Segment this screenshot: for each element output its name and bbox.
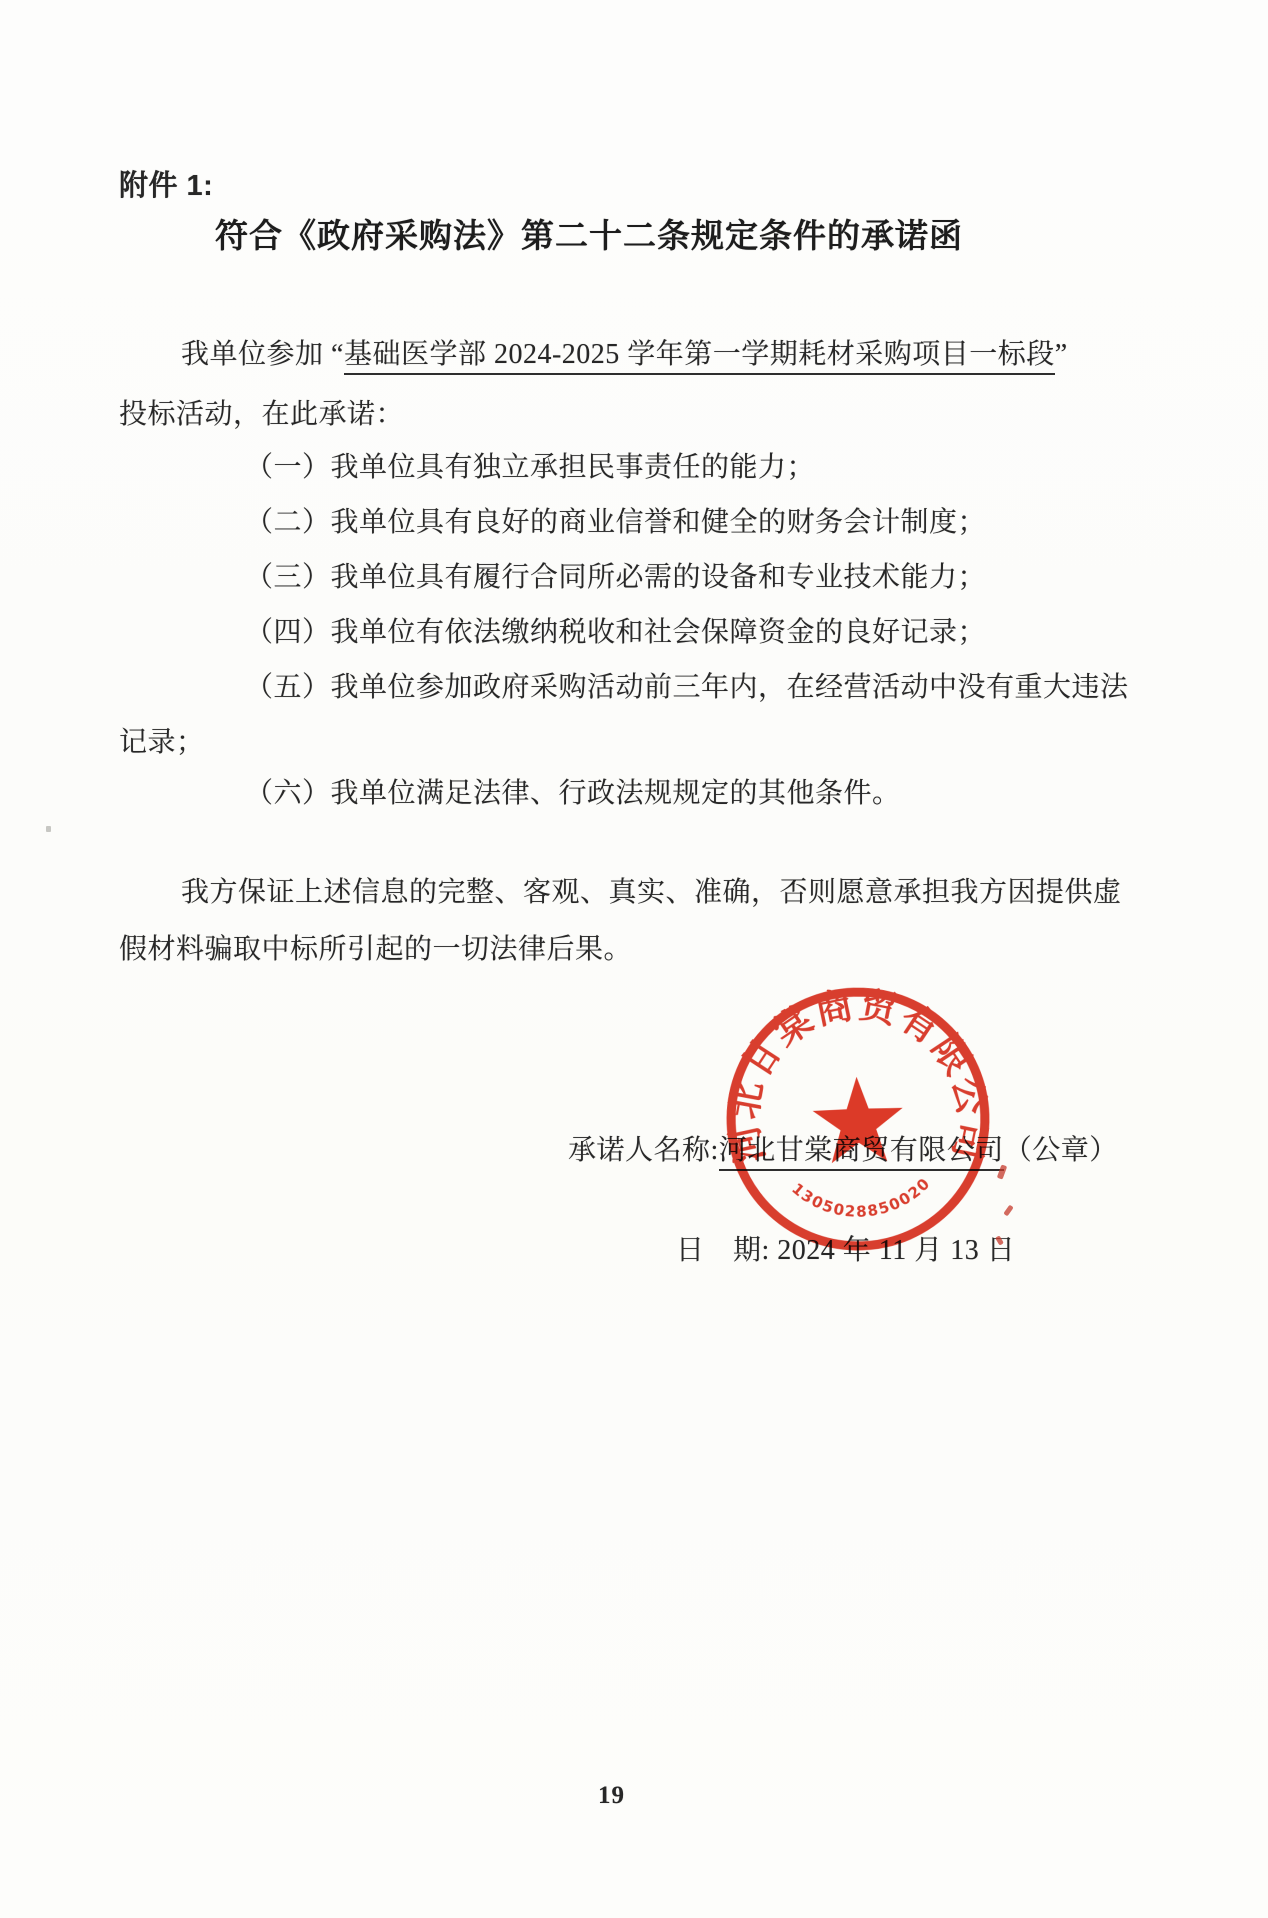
company-seal-svg: 河北甘棠商贸有限公司 1305028850020 [712, 973, 1004, 1265]
commitment-item-2: （二）我单位具有良好的商业信誉和健全的财务会计制度； [245, 500, 986, 540]
seal-code-arc-text: 1305028850020 [788, 1174, 936, 1224]
commitment-item-5-line-2: 记录； [119, 720, 205, 760]
intro-line-1: 我单位参加 “基础医学部 2024-2025 学年第一学期耗材采购项目一标段” [181, 332, 1068, 372]
company-seal-stamp: 河北甘棠商贸有限公司 1305028850020 [712, 973, 1004, 1265]
signature-name-label: 承诺人名称: [568, 1135, 719, 1166]
commitment-item-4: （四）我单位有依法缴纳税收和社会保障资金的良好记录； [245, 610, 986, 650]
guarantee-line-1: 我方保证上述信息的完整、客观、真实、准确，否则愿意承担我方因提供虚 [181, 870, 1122, 910]
scanned-document-page: 附件 1: 符合《政府采购法》第二十二条规定条件的承诺函 我单位参加 “基础医学… [0, 0, 1268, 1918]
intro-line-2: 投标活动，在此承诺： [119, 392, 404, 432]
commitment-item-6: （六）我单位满足法律、行政法规规定的其他条件。 [245, 771, 901, 811]
commitment-item-5-line-1: （五）我单位参加政府采购活动前三年内，在经营活动中没有重大违法 [245, 665, 1129, 705]
page-number: 19 [598, 1782, 625, 1810]
scan-artifact-speck [46, 826, 51, 832]
intro-suffix: ” [1055, 339, 1068, 370]
seal-star-icon [812, 1075, 905, 1164]
seal-company-arc-text: 河北甘棠商贸有限公司 [717, 978, 996, 1175]
attachment-label: 附件 1: [119, 163, 213, 204]
seal-ink-smudge [1003, 1205, 1013, 1217]
intro-prefix: 我单位参加 “ [181, 339, 344, 370]
document-title: 符合《政府采购法》第二十二条规定条件的承诺函 [119, 210, 1059, 257]
project-name-underlined: 基础医学部 2024-2025 学年第一学期耗材采购项目一标段 [344, 339, 1055, 375]
guarantee-line-2: 假材料骗取中标所引起的一切法律后果。 [119, 927, 632, 967]
signature-seal-note: （公章） [1004, 1135, 1118, 1166]
commitment-item-1: （一）我单位具有独立承担民事责任的能力； [245, 445, 815, 485]
commitment-item-3: （三）我单位具有履行合同所必需的设备和专业技术能力； [245, 555, 986, 595]
